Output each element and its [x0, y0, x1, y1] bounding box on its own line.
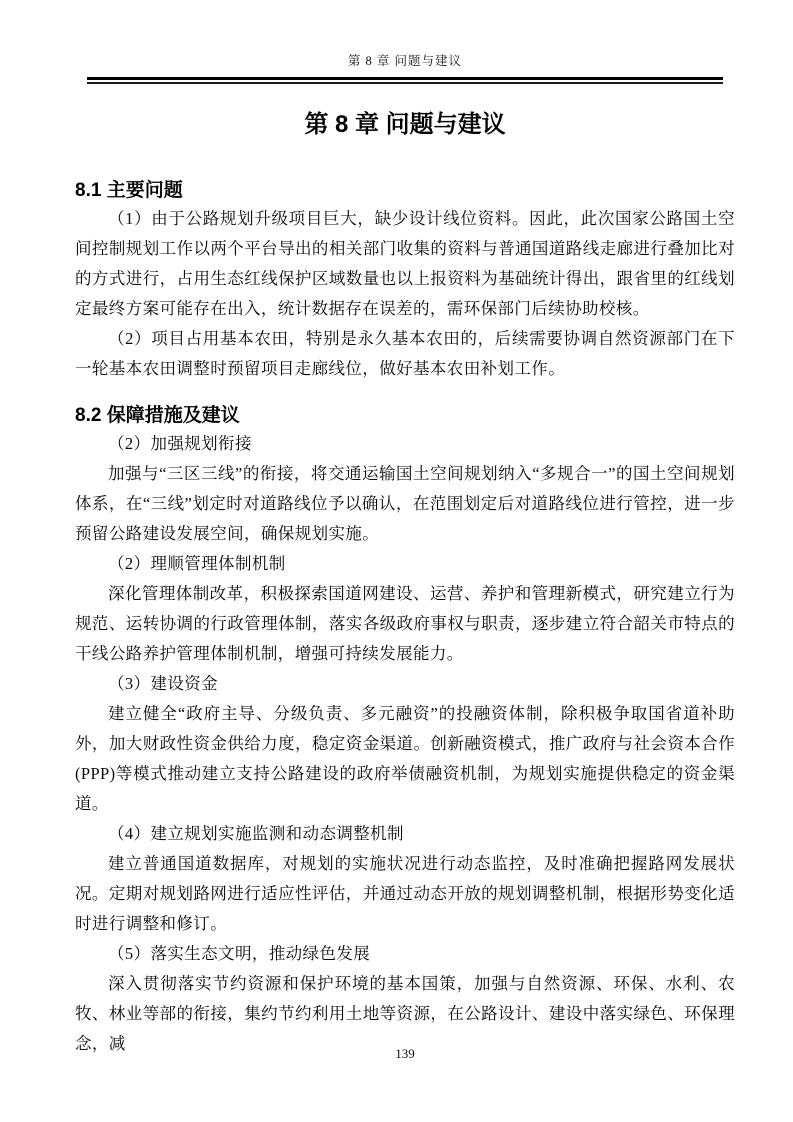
paragraph: 深化管理体制改革，积极探索国道网建设、运营、养护和管理新模式，研究建立行为规范、…	[75, 579, 735, 669]
page-number: 139	[17, 1046, 793, 1062]
paragraph: 加强与“三区三线”的衔接，将交通运输国土空间规划纳入“多规合一”的国土空间规划体…	[75, 459, 735, 549]
list-item-heading: （3）建设资金	[75, 669, 735, 699]
list-item-heading: （5）落实生态文明，推动绿色发展	[75, 939, 735, 969]
paragraph: 建立普通国道数据库，对规划的实施状况进行动态监控，及时准确把握路网发展状况。定期…	[75, 849, 735, 939]
document-page: 第 8 章 问题与建议 第 8 章 问题与建议 8.1 主要问题 （1）由于公路…	[0, 0, 793, 1122]
section-heading-8-2: 8.2 保障措施及建议	[75, 403, 735, 429]
page-content: 第 8 章 问题与建议 8.1 主要问题 （1）由于公路规划升级项目巨大，缺少设…	[75, 0, 735, 1059]
chapter-title: 第 8 章 问题与建议	[75, 108, 735, 142]
list-item-heading: （2）理顺管理体制机制	[75, 549, 735, 579]
paragraph: （2）项目占用基本农田，特别是永久基本农田的，后续需要协调自然资源部门在下一轮基…	[75, 324, 735, 384]
list-item-heading: （2）加强规划衔接	[75, 429, 735, 459]
section-heading-8-1: 8.1 主要问题	[75, 178, 735, 204]
list-item-heading: （4）建立规划实施监测和动态调整机制	[75, 819, 735, 849]
paragraph: 建立健全“政府主导、分级负责、多元融资”的投融资体制，除积极争取国省道补助外，加…	[75, 699, 735, 819]
paragraph: （1）由于公路规划升级项目巨大，缺少设计线位资料。因此，此次国家公路国土空间控制…	[75, 204, 735, 324]
